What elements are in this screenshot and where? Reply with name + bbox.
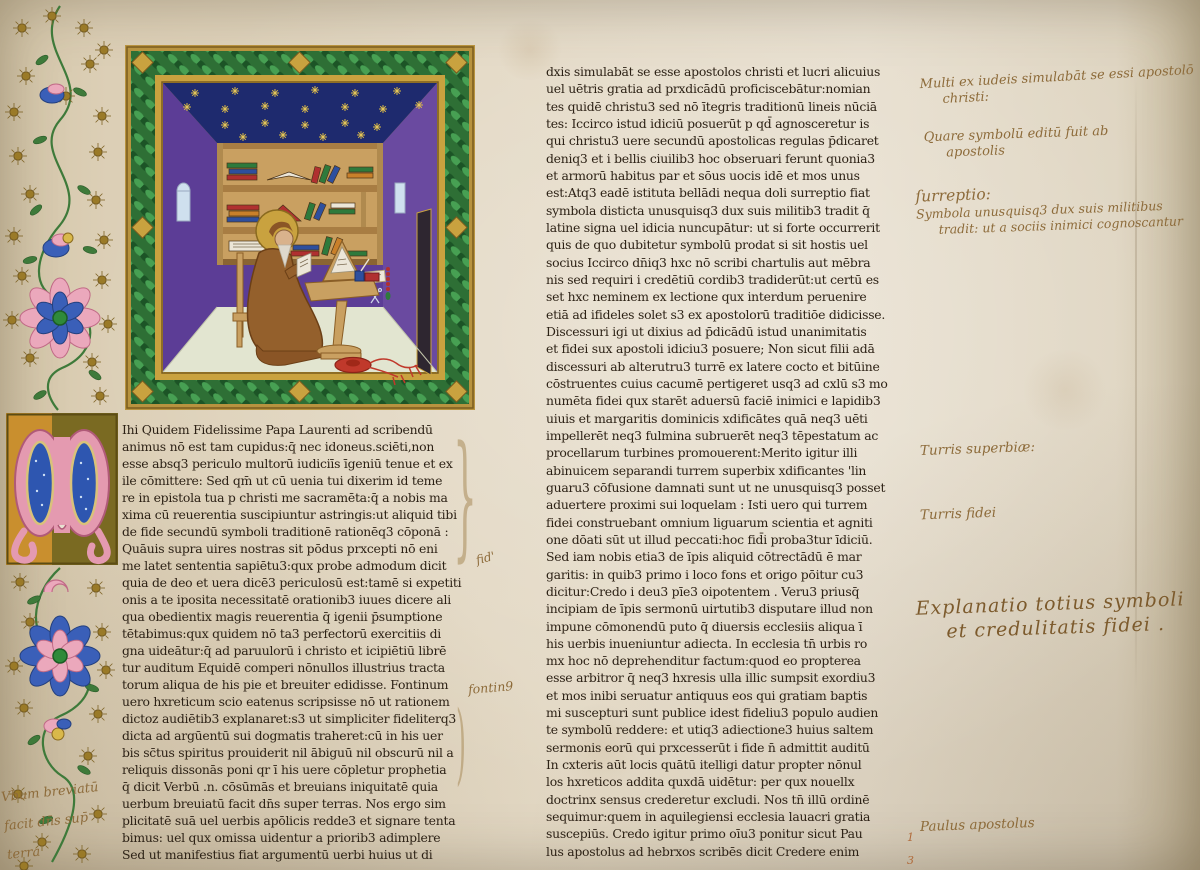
text-line: esse arbitror q̄ neq3 hxresis ulla illic… (546, 669, 918, 686)
text-line: tētabimus:qux quidem nō ta3 perfectorū e… (122, 625, 474, 642)
text-line: dicta ad argūentū sui dogmatis traheret:… (122, 727, 474, 744)
flower-bud (40, 84, 64, 103)
text-line: q̄ dicit Verbū .n. cōsūmās et breuians i… (122, 778, 474, 795)
text-line: uiuis et margaritis dominicis xdificātes… (546, 410, 918, 427)
annotation-bottom-left: Vbum breviatū facit dn̄s sup̄ terra (0, 773, 106, 870)
annotation-explanatio: Explanatio totius symboli et credulitati… (915, 588, 1185, 645)
text-line: est:Atq3 eadē istituta bellādi nequa dol… (546, 184, 918, 201)
parchment-crease (1135, 80, 1137, 690)
text-line: impellerēt neq3 fulmina subruerēt neq3 t… (546, 427, 918, 444)
text-line: et armorū habitus par et sōus uocis idē … (546, 167, 918, 184)
text-line: doctrinx sensus crederetur excludi. Nos … (546, 791, 918, 808)
margin-brace: } (453, 416, 477, 575)
annotation-paulus-apostolus: Paulus apostolus (920, 815, 1035, 836)
text-line: set hxc neminem ex lectione qux interdum… (546, 288, 918, 305)
text-line: me latet sententia sapiētu3:qux probe ad… (122, 557, 474, 574)
halo (256, 210, 298, 252)
text-line: fidei construebant omnium liguarum scien… (546, 514, 918, 531)
text-line: bis sc̄tus spiritus prouiderit nil ābigu… (122, 744, 474, 761)
right-text-column: dxis simulabāt se esse apostolos christi… (546, 63, 918, 860)
text-line: garitis: in quib3 primo i loco fons et o… (546, 566, 918, 583)
text-line: abinuicem separandi turrem superbix xdif… (546, 462, 918, 479)
text-line: uero hxreticum scio eatenus scripsisse n… (122, 693, 474, 710)
text-line: et fidei sux apostoli idiciu3 posuere; N… (546, 340, 918, 357)
window (177, 183, 190, 221)
text-line: onis a te iposita necessitatē orationib3… (122, 591, 474, 608)
rosette-flower (20, 616, 100, 696)
text-line: incipiam de īpis sermonū uirtutib3 dispu… (546, 600, 918, 617)
text-line: quis de quo dubitetur symbolū prodat si … (546, 236, 918, 253)
text-line: aduertere proximi sui loquelam : Isti ue… (546, 496, 918, 513)
left-text-column: Ihi Quidem Fidelissime Papa Laurenti ad … (122, 421, 474, 863)
text-line: uel uētris gratia ad prxdicādū proficisc… (546, 80, 918, 97)
line-mark: 3 (907, 854, 914, 868)
margin-brace: ) (456, 692, 466, 794)
text-line: dxis simulabāt se esse apostolos christi… (546, 63, 918, 80)
text-line: Sed iam nobis etia3 de īpis aliquid cōtr… (546, 548, 918, 565)
text-line: socius Iccirco dn̄iq3 hxc nō scribi char… (546, 254, 918, 271)
text-line: suscepiūs. Credo igitur primo oīu3 ponit… (546, 825, 918, 842)
text-line: Ihi Quidem Fidelissime Papa Laurenti ad … (122, 421, 474, 438)
illuminated-initial-M (6, 413, 118, 565)
annotation-surreptio: ſurreptio: Symbola unusquisq3 dux suis m… (915, 178, 1183, 238)
text-line: nis sed requiri i credētiū cordib3 tradi… (546, 271, 918, 288)
text-line: mi suscepturi sunt publice idest fideliu… (546, 704, 918, 721)
text-line: de fide secundū symboli traditionē ratio… (122, 523, 474, 540)
text-line: his uerbis inueniuntur adiecta. In eccle… (546, 635, 918, 652)
text-line: gna uideātur:q̄ ad paruulorū i christo e… (122, 642, 474, 659)
text-line: etiā ad ifideles solet s3 ex apostolorū … (546, 306, 918, 323)
flower-bud (43, 233, 73, 257)
text-line: uerbum breuiatū facit dn̄s super terras.… (122, 795, 474, 812)
text-line: re in epistola tua p christi me sacramēt… (122, 489, 474, 506)
text-line: numēta fidei qux starēt aduersū faciē in… (546, 392, 918, 409)
text-line: tes quidē christu3 sed nō ītegris tradit… (546, 98, 918, 115)
initial-letterform (15, 430, 109, 536)
text-line: animus nō est tam cupidus:q̄ nec idoneus… (122, 438, 474, 455)
text-line: qua obedientix magis reuerentia q̄ igeni… (122, 608, 474, 625)
text-line: ile cōmittere: Sed qm̄ ut cū uenia tui d… (122, 472, 474, 489)
text-line: deniq3 et i bellis ciuilib3 hoc obseruar… (546, 150, 918, 167)
text-line: quia de deo et uera dicē3 periculosū est… (122, 574, 474, 591)
annotation-multi-ex-iudeis: Multi ex iudeis simulabāt se essi aposto… (919, 63, 1195, 110)
annotation-quare-symbolum: Quare symbolū editū fuit ab apostolis (923, 124, 1109, 163)
text-line: Discessuri igi ut dixius ad p̄dicādū ist… (546, 323, 918, 340)
rosette-flower (20, 278, 100, 358)
red-book (365, 273, 379, 281)
text-line: discessuri ab alterutru3 turrē ex latere… (546, 358, 918, 375)
text-line: one dōati sūt ut illud peccati:hoc fid̄i… (546, 531, 918, 548)
text-line: guaru3 cōfusione damnati sunt ut ne unus… (546, 479, 918, 496)
line-mark: 1 (907, 831, 914, 845)
text-line: sermonis eorū qui prxcesserūt i fide n̄ … (546, 739, 918, 756)
foxing-stain (1020, 350, 1110, 430)
text-line: plicitatē suā uel uerbis apōlicis redde3… (122, 812, 474, 829)
text-line: Sed ut manifestius fiat argumentū uerbi … (122, 846, 474, 863)
text-line: tes: Iccirco istud idiciū posuerūt p qd̄… (546, 115, 918, 132)
text-line: xima cū reuerentia suscipiuntur astringi… (122, 506, 474, 523)
text-line: tur auditum Equidē comperi nōnullos illu… (122, 659, 474, 676)
text-line: procellarum turbines promouerent:Merito … (546, 444, 918, 461)
text-line: dictoz audiētib3 explanaret:s3 ut simpli… (122, 710, 474, 727)
text-line: los hxreticos addita quxdā uidētur: per … (546, 773, 918, 790)
text-line: qui christu3 uere secundū apostolicas re… (546, 132, 918, 149)
text-line: Quāuis supra uires nostras sit pōdus prx… (122, 540, 474, 557)
text-line: In cxteris aūt locis quātū itelligi datu… (546, 756, 918, 773)
gutter-note-fid: fid' (474, 549, 496, 568)
text-line: latine signa uel idicia nuncupātur: ut s… (546, 219, 918, 236)
miniature-st-jerome (125, 45, 475, 410)
manuscript-page: Ihi Quidem Fidelissime Papa Laurenti ad … (0, 0, 1200, 870)
text-line: reliquis dissonās poni qr ī his uere cōp… (122, 761, 474, 778)
text-line: mx hoc nō deprehenditur factum:quod eo p… (546, 652, 918, 669)
text-line: dicitur:Credo i deu3 pīe3 oipotentem . V… (546, 583, 918, 600)
gutter-note-fontinus: fontin9 (467, 678, 513, 698)
text-line: bimus: uel qux omissa uidentur a priorib… (122, 829, 474, 846)
flower-bud (44, 719, 71, 740)
text-line: esse absq3 periculo multorū iudiciīs īge… (122, 455, 474, 472)
study-scene (163, 83, 437, 385)
text-line: symbola disticta unusquisq3 dux suis mil… (546, 202, 918, 219)
text-line: torum aliqua de his pie et breuiter edid… (122, 676, 474, 693)
text-line: cōstruentes cuius cacumē pertigeret usq3… (546, 375, 918, 392)
inkpot (355, 271, 364, 281)
annotation-turris-fidei: Turris fidei (920, 505, 997, 525)
window (395, 183, 405, 213)
text-line: impune cōmonendū puto q̄ diuersis eccles… (546, 618, 918, 635)
text-line: te symbolū reddere: et utiq3 adiectione3… (546, 721, 918, 738)
text-line: et mos inibi seruatur antiquus eos qui g… (546, 687, 918, 704)
annotation-turris-superbiae: Turris superbiæ: (920, 439, 1036, 460)
text-line: lus apostolus ad hebrxos scribēs dicit C… (546, 843, 918, 860)
text-line: sequimur:quem in aquilegiensi ecclesia l… (546, 808, 918, 825)
